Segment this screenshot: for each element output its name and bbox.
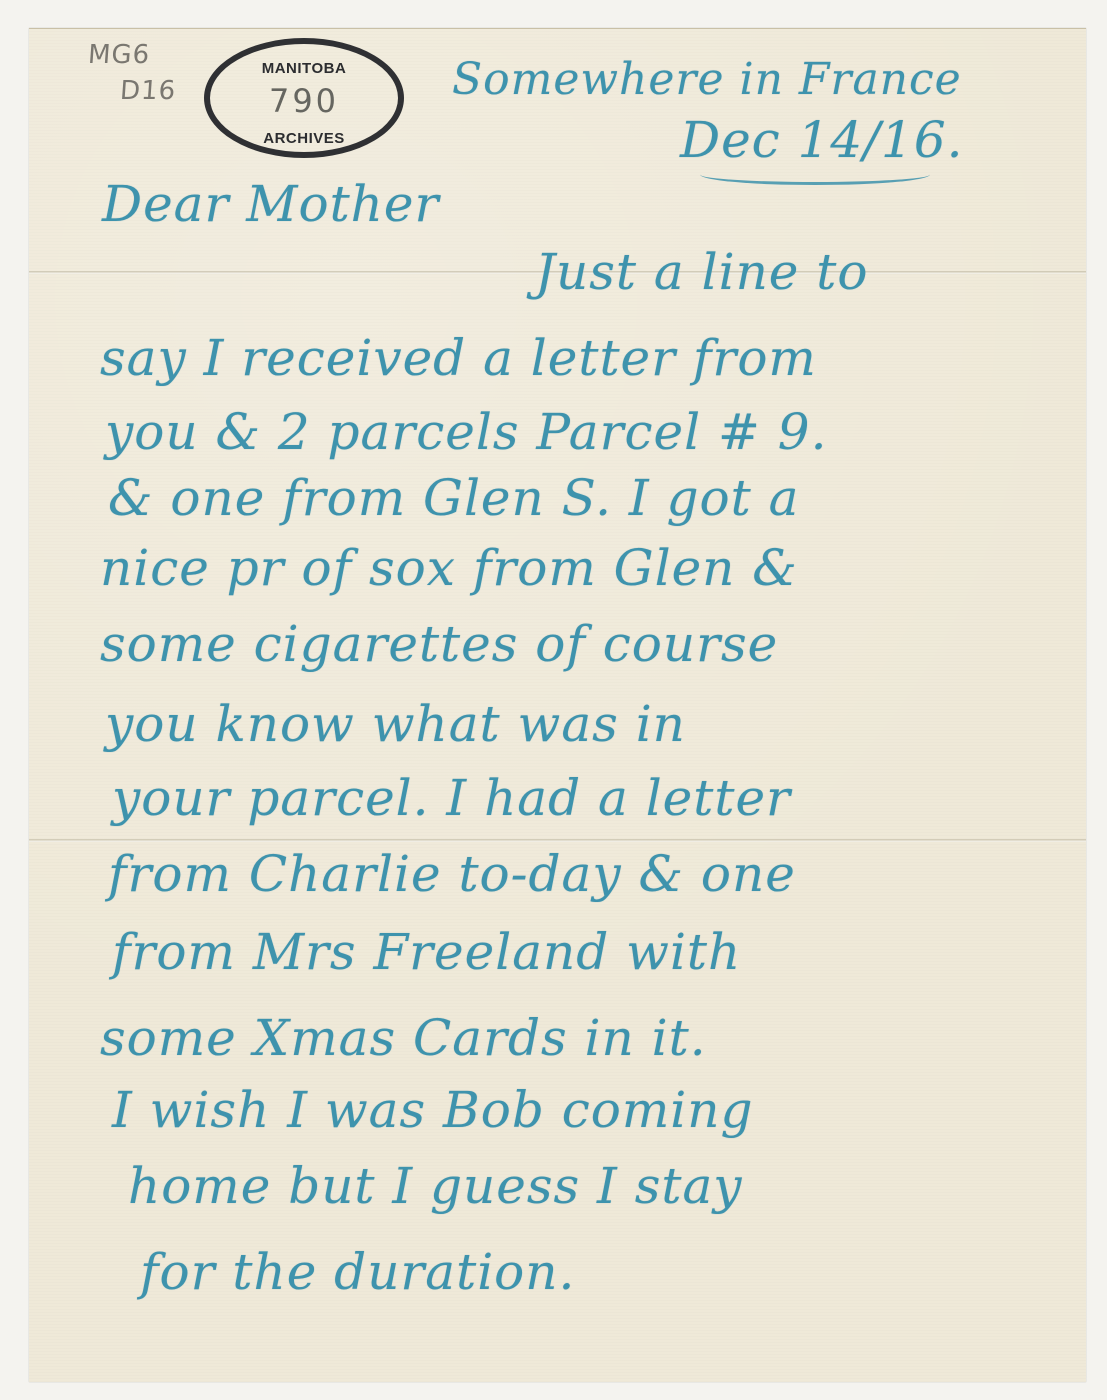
body-line: & one from Glen S. I got a bbox=[108, 470, 799, 526]
body-line: some Xmas Cards in it. bbox=[100, 1010, 707, 1066]
pencil-reference-d: D16 bbox=[119, 76, 177, 106]
body-line: you know what was in bbox=[105, 696, 686, 752]
pencil-reference-mg: MG6 bbox=[87, 40, 151, 70]
stamp-bottom-text: ARCHIVES bbox=[210, 130, 398, 147]
body-line: some cigarettes of course bbox=[100, 616, 778, 672]
body-line: from Mrs Freeland with bbox=[112, 924, 741, 980]
letter-date: Dec 14/16. bbox=[680, 112, 964, 168]
stamp-number: 790 bbox=[210, 82, 398, 120]
letter-place: Somewhere in France bbox=[452, 52, 962, 108]
body-line: your parcel. I had a letter bbox=[112, 770, 791, 826]
body-line: from Charlie to-day & one bbox=[108, 846, 796, 902]
body-line: for the duration. bbox=[140, 1244, 575, 1300]
body-line: home but I guess I stay bbox=[128, 1158, 743, 1214]
fold-crease-bottom bbox=[29, 839, 1086, 842]
body-line: you & 2 parcels Parcel # 9. bbox=[105, 404, 827, 460]
body-line: Just a line to bbox=[535, 244, 868, 300]
date-flourish bbox=[700, 164, 930, 185]
archive-stamp: MANITOBA 790 ARCHIVES bbox=[204, 38, 404, 158]
stamp-top-text: MANITOBA bbox=[210, 60, 398, 77]
body-line: I wish I was Bob coming bbox=[112, 1082, 753, 1138]
salutation: Dear Mother bbox=[102, 176, 439, 232]
body-line: nice pr of sox from Glen & bbox=[100, 540, 798, 596]
body-line: say I received a letter from bbox=[100, 330, 817, 386]
